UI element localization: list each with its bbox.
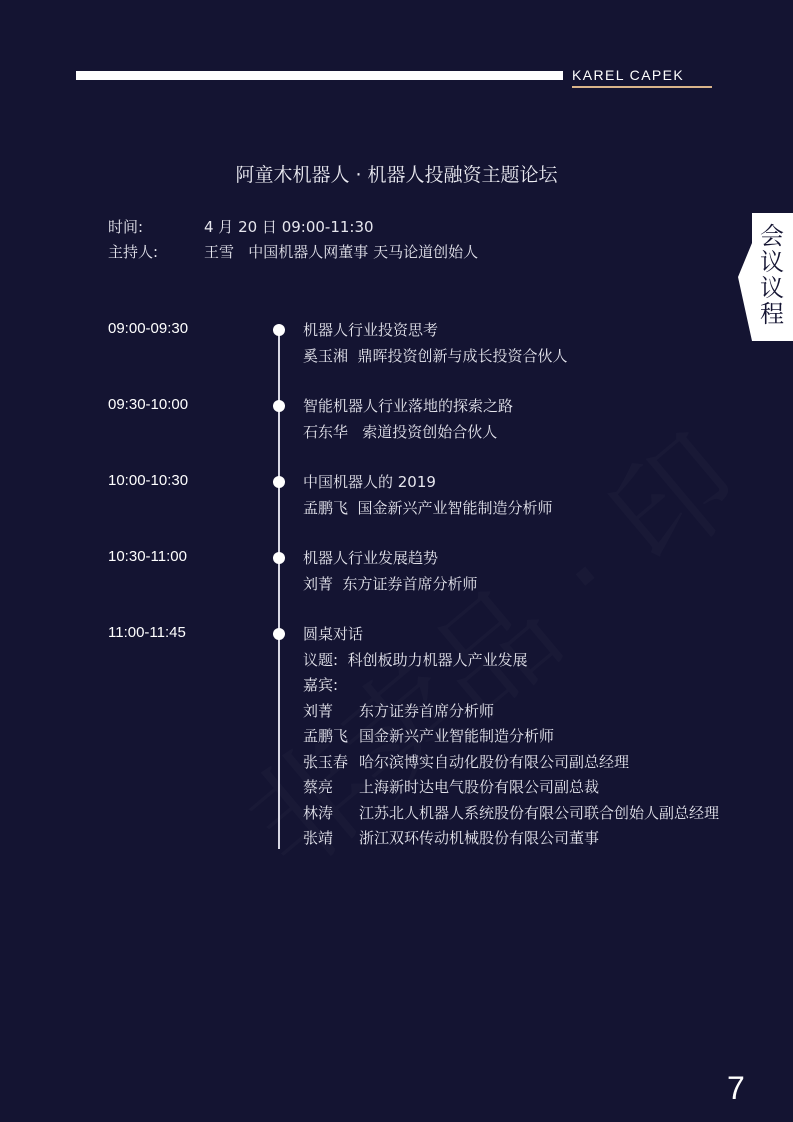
forum-title: 阿童木机器人 · 机器人投融资主题论坛 [0, 160, 793, 187]
guest-title: 江苏北人机器人系统股份有限公司联合创始人副总经理 [359, 801, 719, 827]
roundtable-subject: 议题: 科创板助力机器人产业发展 [303, 648, 719, 674]
agenda-time: 11:00-11:45 [108, 624, 186, 641]
agenda-speaker: 石东华 索道投资创始合伙人 [303, 420, 513, 446]
timeline-dot-icon [273, 628, 285, 640]
guest-name: 刘菁 [303, 699, 359, 725]
agenda-time: 09:00-09:30 [108, 320, 188, 337]
guest-row: 林涛 江苏北人机器人系统股份有限公司联合创始人副总经理 [303, 801, 719, 827]
brand-logo: KAREL CAPEK [572, 67, 712, 88]
agenda-time: 10:30-11:00 [108, 548, 187, 565]
guest-name: 张靖 [303, 826, 359, 852]
brand-underline [572, 86, 712, 88]
agenda-speaker: 奚玉湘 鼎晖投资创新与成长投资合伙人 [303, 344, 568, 370]
agenda-topic: 智能机器人行业落地的探索之路 [303, 394, 513, 420]
timeline-dot-icon [273, 552, 285, 564]
section-tab-label: 会议议程 [757, 223, 787, 327]
guest-row: 张靖 浙江双环传动机械股份有限公司董事 [303, 826, 719, 852]
agenda-speaker: 刘菁 东方证券首席分析师 [303, 572, 478, 598]
guest-title: 上海新时达电气股份有限公司副总裁 [359, 775, 599, 801]
host-label: 主持人: [108, 241, 204, 262]
host-row: 主持人:王雪 中国机器人网董事 天马论道创始人 [108, 241, 478, 262]
agenda-topic: 机器人行业投资思考 [303, 318, 568, 344]
guest-title: 国金新兴产业智能制造分析师 [359, 724, 554, 750]
host-value: 王雪 中国机器人网董事 天马论道创始人 [204, 243, 478, 261]
agenda-topic: 机器人行业发展趋势 [303, 546, 478, 572]
agenda-topic: 中国机器人的 2019 [303, 470, 553, 496]
timeline-dot-icon [273, 400, 285, 412]
guest-name: 孟鹏飞 [303, 724, 359, 750]
timeline-dot-icon [273, 324, 285, 336]
agenda-topic: 圆桌对话 [303, 622, 719, 648]
guest-name: 蔡亮 [303, 775, 359, 801]
agenda-time: 09:30-10:00 [108, 396, 188, 413]
guest-title: 哈尔滨博实自动化股份有限公司副总经理 [359, 750, 629, 776]
brand-name: KAREL CAPEK [572, 67, 712, 83]
guest-name: 林涛 [303, 801, 359, 827]
guests-label: 嘉宾: [303, 673, 719, 699]
guest-row: 刘菁 东方证券首席分析师 [303, 699, 719, 725]
guest-row: 蔡亮 上海新时达电气股份有限公司副总裁 [303, 775, 719, 801]
guest-title: 浙江双环传动机械股份有限公司董事 [359, 826, 599, 852]
section-tab: 会议议程 [738, 213, 793, 341]
timeline-dot-icon [273, 476, 285, 488]
time-value: 4 月 20 日 09:00-11:30 [204, 218, 374, 236]
page-number: 7 [727, 1070, 745, 1107]
guest-row: 孟鹏飞 国金新兴产业智能制造分析师 [303, 724, 719, 750]
agenda-speaker: 孟鹏飞 国金新兴产业智能制造分析师 [303, 496, 553, 522]
header-bar [76, 71, 563, 80]
time-label: 时间: [108, 216, 204, 237]
agenda-time: 10:00-10:30 [108, 472, 188, 489]
guest-row: 张玉春 哈尔滨博实自动化股份有限公司副总经理 [303, 750, 719, 776]
guest-title: 东方证券首席分析师 [359, 699, 494, 725]
time-row: 时间:4 月 20 日 09:00-11:30 [108, 216, 374, 237]
guest-name: 张玉春 [303, 750, 359, 776]
